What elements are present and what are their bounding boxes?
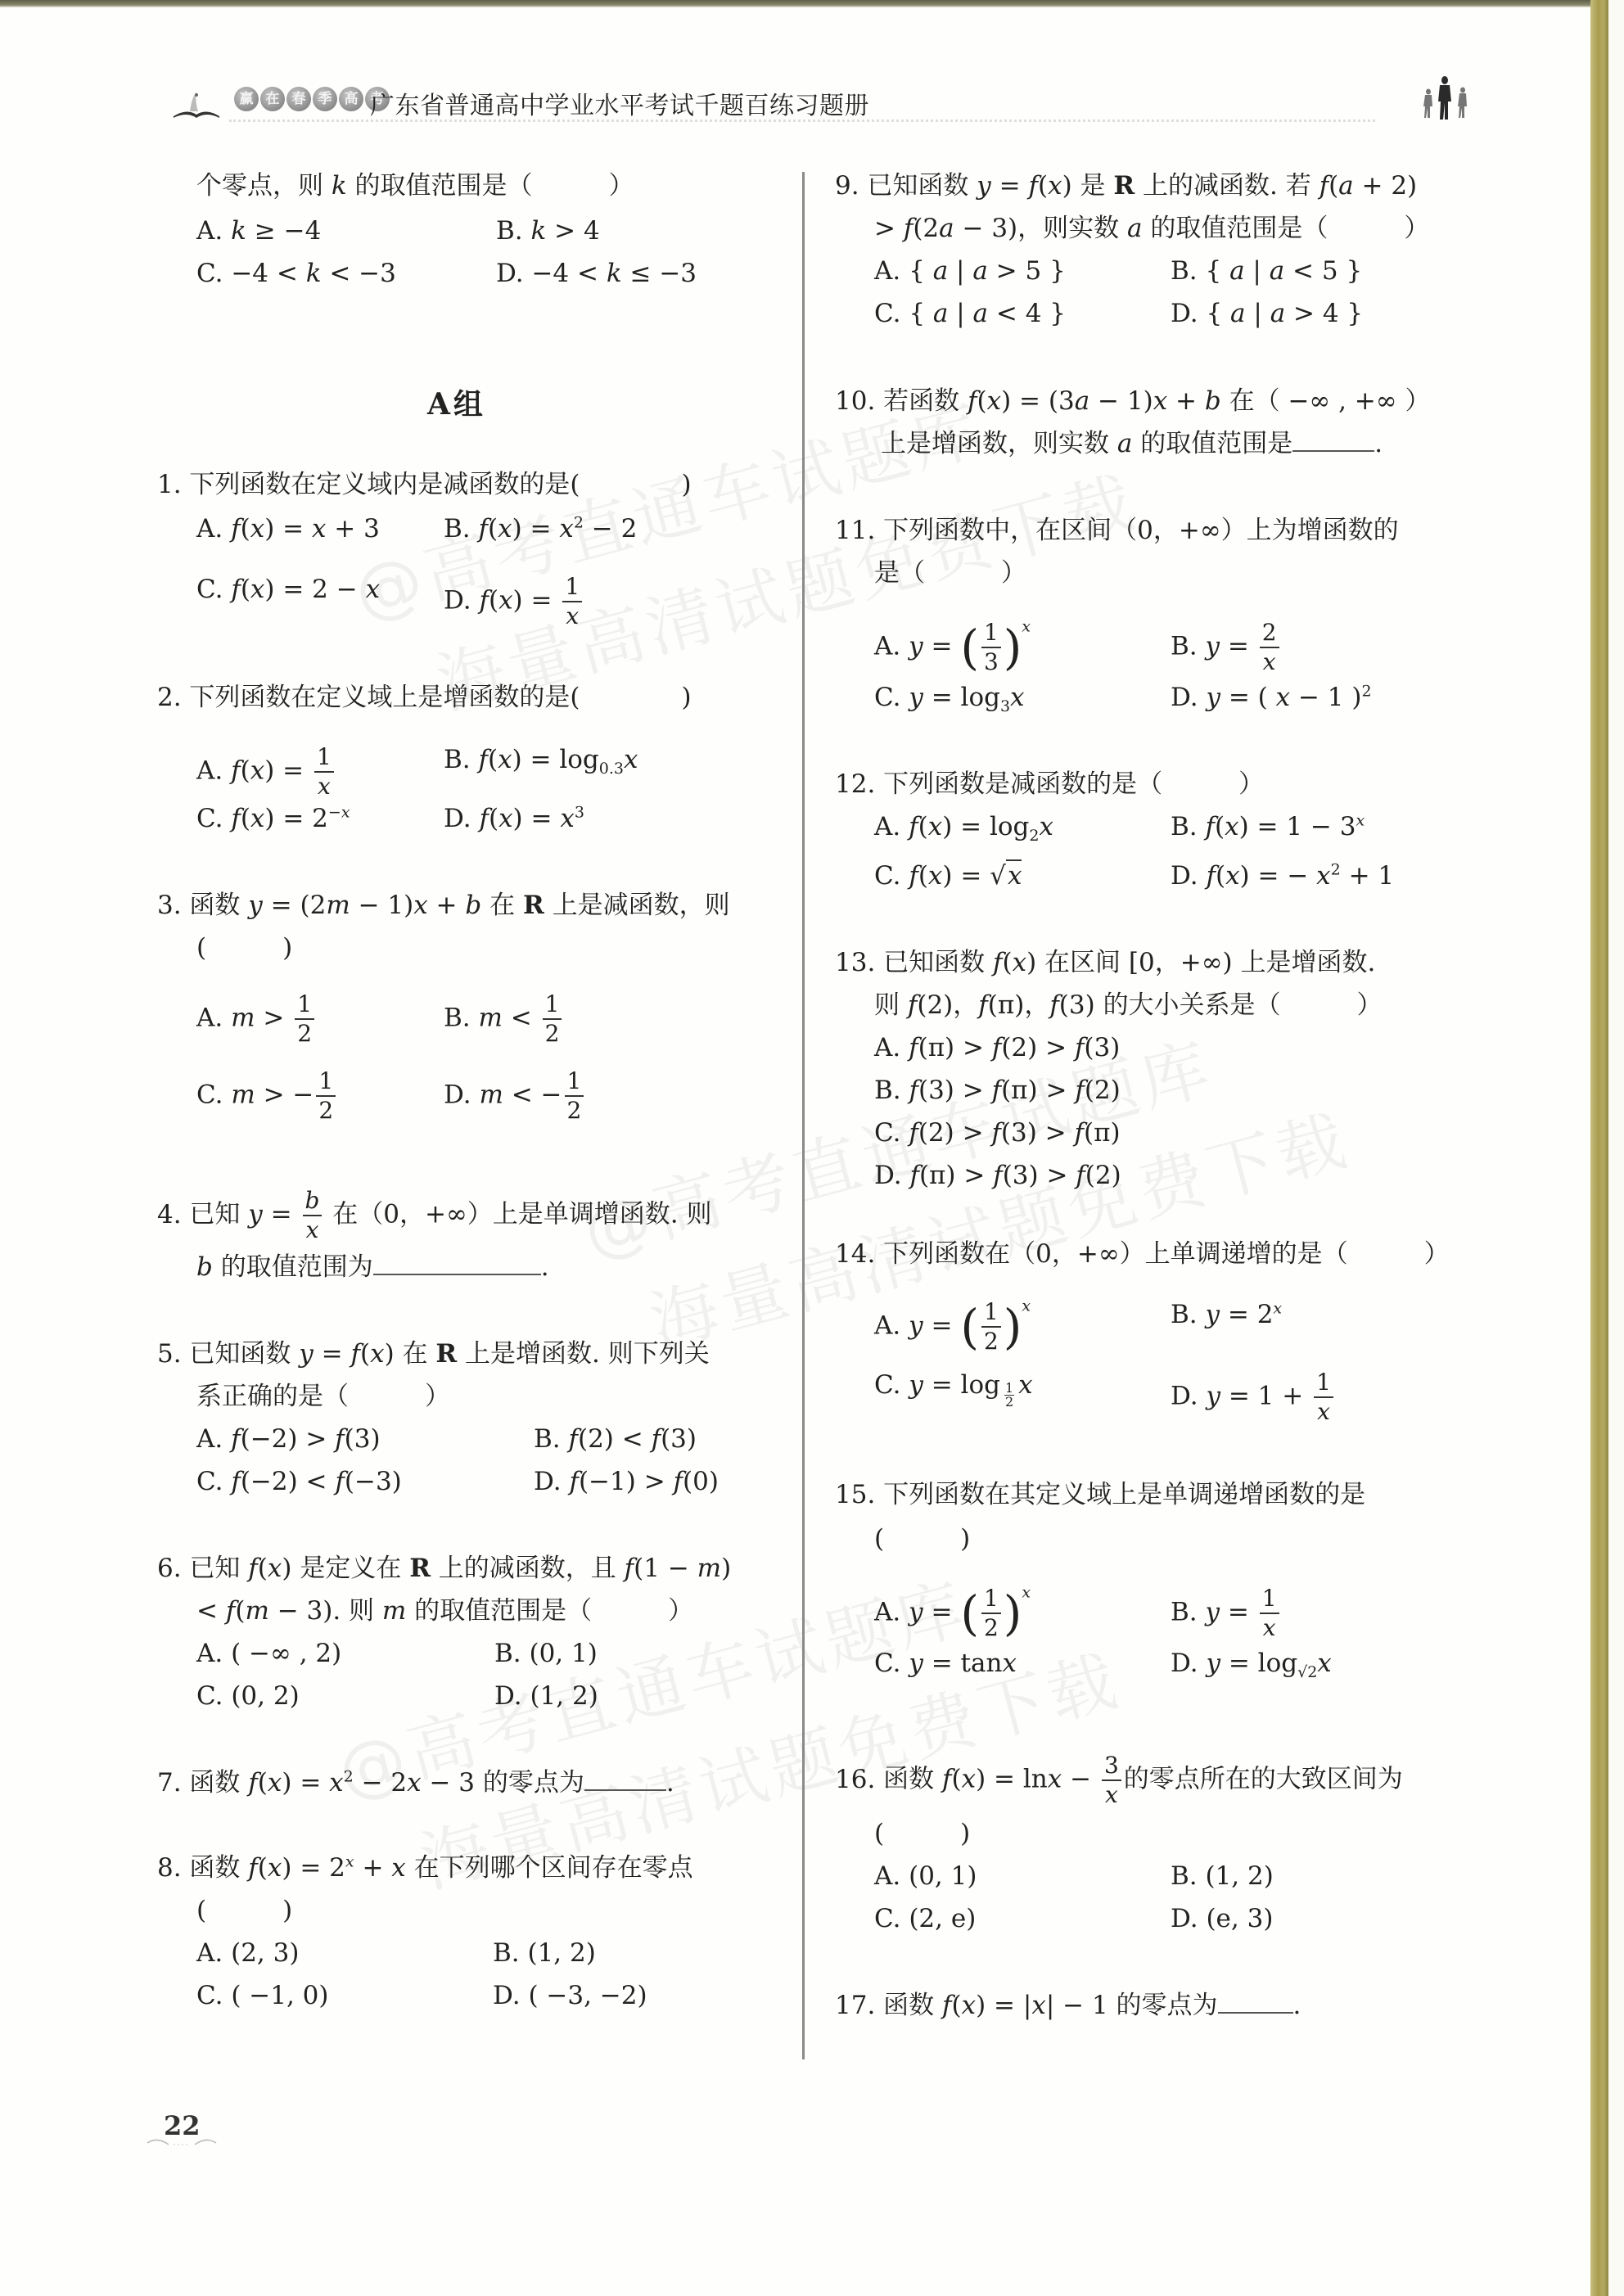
question-stem: 16. 函数 f(x) = lnx − 3x的零点所在的大致区间为 xyxy=(835,1752,1403,1809)
option-d: D. f(−1) > f(0) xyxy=(534,1465,719,1498)
option-b: B. f(3) > f(π) > f(2) xyxy=(874,1074,1121,1107)
option-a: A. f(x) = 1x xyxy=(196,743,336,801)
option-a: A. k ≥ −4 xyxy=(196,214,321,247)
option-d: D. y = log√2x xyxy=(1171,1647,1332,1680)
question-stem: 4. 已知 y = bx 在（0，+∞）上是单调增函数. 则 xyxy=(157,1187,712,1244)
option-c: C. (0, 2) xyxy=(196,1680,300,1712)
answer-blank[interactable] xyxy=(584,1784,666,1791)
option-b: B. m < 12 xyxy=(444,990,564,1048)
scan-right-margin xyxy=(1608,0,1624,2296)
option-b: B. y = 2x xyxy=(1171,619,1282,676)
question-stem: 7. 函数 f(x) = x2 − 2x − 3 的零点为. xyxy=(157,1766,674,1799)
answer-bracket: ( ) xyxy=(196,1894,292,1927)
scan-top-edge xyxy=(0,0,1624,7)
brand-badge: 春 xyxy=(286,87,311,111)
question-stem: 15. 下列函数在其定义域上是单调递增函数的是 xyxy=(835,1478,1365,1511)
option-b: B. f(x) = log0.3x xyxy=(444,743,638,776)
question-stem-cont: 则 f(2)，f(π)，f(3) 的大小关系是（ ） xyxy=(874,989,1383,1022)
option-d: D. m < −12 xyxy=(444,1067,586,1125)
question-stem-cont: > f(2a − 3)，则实数 a 的取值范围是（ ） xyxy=(874,212,1429,245)
option-a: A. f(−2) > f(3) xyxy=(196,1423,381,1455)
brand-badges: 赢 在 春 季 高 考 xyxy=(234,87,390,111)
question-stem-cont: 上是增函数，则实数 a 的取值范围是. xyxy=(881,427,1383,460)
option-d: D. (1, 2) xyxy=(494,1680,598,1712)
flourish-ornament-icon xyxy=(141,2135,223,2149)
option-d: D. ( −3, −2) xyxy=(493,1979,647,2012)
option-c: C. (2, e) xyxy=(874,1902,976,1935)
question-stem: 5. 已知函数 y = f(x) 在 R 上是增函数. 则下列关 xyxy=(157,1337,710,1370)
option-c: C. y = log3x xyxy=(874,681,1025,714)
answer-blank[interactable] xyxy=(373,1269,541,1275)
brand-badge: 季 xyxy=(313,87,337,111)
section-heading: A组 xyxy=(427,381,486,423)
option-a: A. f(x) = x + 3 xyxy=(196,512,380,545)
option-d: D. { a | a > 4 } xyxy=(1171,297,1363,330)
brand-badge: 高 xyxy=(339,87,363,111)
question-stem: 13. 已知函数 f(x) 在区间 [0，+∞) 上是增函数. xyxy=(835,946,1375,979)
option-c: C. m > −12 xyxy=(196,1067,338,1125)
option-d: D. (e, 3) xyxy=(1171,1902,1273,1935)
question-stem: 10. 若函数 f(x) = (3a − 1)x + b 在（ −∞ , +∞ … xyxy=(835,385,1430,417)
option-d: D. y = ( x − 1 )2 xyxy=(1171,681,1372,714)
question-stem: 9. 已知函数 y = f(x) 是 R 上的减函数. 若 f(a + 2) xyxy=(835,169,1417,202)
answer-blank[interactable] xyxy=(1218,2007,1293,2014)
option-a: A. (0, 1) xyxy=(874,1860,977,1892)
option-a: A. y = (13)x xyxy=(874,619,1031,676)
option-c: C. −4 < k < −3 xyxy=(196,257,396,290)
question-stem-cont: 是（ ） xyxy=(874,557,1026,589)
option-a: A. f(π) > f(2) > f(3) xyxy=(874,1031,1120,1064)
option-b: B. f(x) = x2 − 2 xyxy=(444,512,637,545)
question-stem: 2. 下列函数在定义域上是增函数的是( ) xyxy=(157,681,692,714)
book-spine-edge xyxy=(1590,0,1608,2296)
question-stem: 12. 下列函数是减函数的是（ ） xyxy=(835,768,1264,801)
option-c: C. f(−2) < f(−3) xyxy=(196,1465,402,1498)
answer-blank[interactable] xyxy=(1292,445,1374,452)
option-b: B. k > 4 xyxy=(496,214,600,247)
question-stem-cont: 系正确的是（ ） xyxy=(196,1380,450,1413)
book-title: 广东省普通高中学业水平考试千题百练习题册 xyxy=(370,85,869,121)
option-c: C. ( −1, 0) xyxy=(196,1979,329,2012)
option-b: B. y = 2x xyxy=(1171,1298,1282,1331)
option-c: C. y = log12x xyxy=(874,1369,1033,1409)
option-c: C. f(2) > f(3) > f(π) xyxy=(874,1116,1121,1149)
open-book-logo-icon xyxy=(172,83,221,120)
question-stem: 17. 函数 f(x) = |x| − 1 的零点为. xyxy=(835,1989,1301,2022)
option-d: D. f(x) = x3 xyxy=(444,802,584,835)
option-d: D. f(x) = 1x xyxy=(444,573,584,630)
option-d: D. −4 < k ≤ −3 xyxy=(496,257,697,290)
option-b: B. y = 1x xyxy=(1171,1585,1282,1642)
option-c: C. f(x) = 2−x xyxy=(196,802,350,835)
question-stem: 11. 下列函数中，在区间（0，+∞）上为增函数的 xyxy=(835,514,1399,547)
question-stem: 14. 下列函数在（0，+∞）上单调递增的是（ ） xyxy=(835,1238,1450,1270)
option-d: D. f(x) = − x2 + 1 xyxy=(1171,859,1394,892)
question-stem: 6. 已知 f(x) 是定义在 R 上的减函数，且 f(1 − m) xyxy=(157,1552,731,1585)
question-stem-cont: < f(m − 3). 则 m 的取值范围是（ ） xyxy=(196,1595,693,1627)
option-a: A. { a | a > 5 } xyxy=(874,255,1066,287)
option-a: A. ( −∞ , 2) xyxy=(196,1637,341,1670)
option-c: C. { a | a < 4 } xyxy=(874,297,1066,330)
question-stem: 个零点，则 k 的取值范围是（ ） xyxy=(196,169,634,202)
answer-bracket: ( ) xyxy=(874,1817,970,1850)
question-stem: 8. 函数 f(x) = 2x + x 在下列哪个区间存在零点 xyxy=(157,1852,693,1884)
header-dotted-rule xyxy=(229,120,1375,122)
page-header: 赢 在 春 季 高 考 广东省普通高中学业水平考试千题百练习题册 xyxy=(172,77,1473,126)
option-b: B. (0, 1) xyxy=(494,1637,598,1670)
question-stem: 1. 下列函数在定义域内是减函数的是( ) xyxy=(157,468,692,501)
question-stem: 3. 函数 y = (2m − 1)x + b 在 R 上是减函数，则 xyxy=(157,889,730,922)
option-c: C. f(x) = 2 − x xyxy=(196,573,380,606)
option-a: A. y = (12)x xyxy=(874,1298,1031,1355)
answer-bracket: ( ) xyxy=(196,931,292,964)
option-b: B. f(x) = 1 − 3x xyxy=(1171,810,1365,843)
option-a: A. y = (12)x xyxy=(874,1585,1031,1642)
option-a: A. m > 12 xyxy=(196,990,317,1048)
brand-badge: 在 xyxy=(260,87,285,111)
option-b: B. f(2) < f(3) xyxy=(534,1423,697,1455)
option-a: A. (2, 3) xyxy=(196,1937,299,1969)
option-c: C. f(x) = √x xyxy=(874,859,1022,892)
column-divider xyxy=(802,172,805,2059)
option-d: D. y = 1 + 1x xyxy=(1171,1369,1336,1426)
answer-bracket: ( ) xyxy=(874,1522,970,1555)
option-c: C. y = tanx xyxy=(874,1647,1017,1680)
option-b: B. { a | a < 5 } xyxy=(1171,255,1362,287)
option-d: D. f(π) > f(3) > f(2) xyxy=(874,1159,1121,1192)
brand-badge: 赢 xyxy=(234,87,259,111)
option-b: B. (1, 2) xyxy=(493,1937,596,1969)
question-stem-cont: b 的取值范围为. xyxy=(196,1251,549,1283)
option-a: A. f(x) = log2x xyxy=(874,810,1053,843)
option-b: B. (1, 2) xyxy=(1171,1860,1274,1892)
running-figures-icon xyxy=(1412,74,1477,123)
